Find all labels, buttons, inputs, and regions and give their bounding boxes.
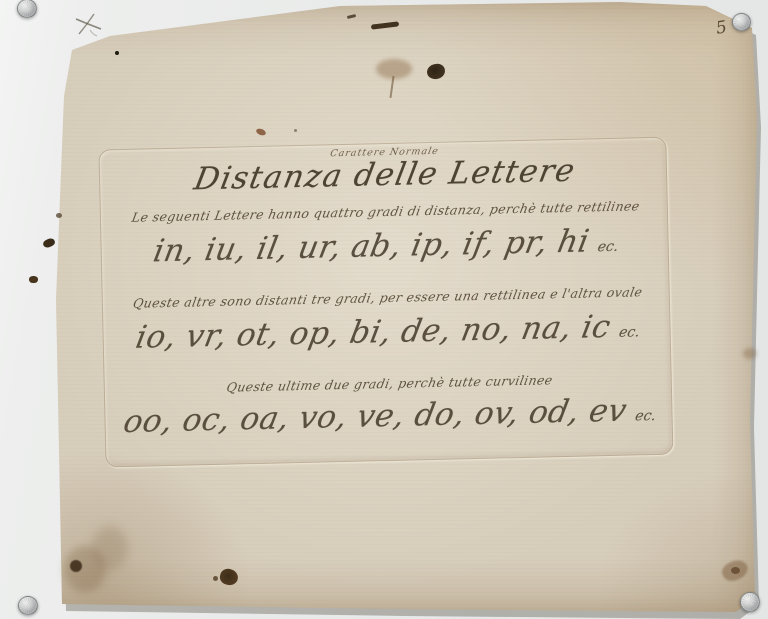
edge-spot: [42, 237, 56, 249]
scan-background: 5 Carattere Normale Distanza delle Lette…: [0, 0, 768, 619]
etcetera-suffix-3: ec.: [634, 408, 658, 425]
push-pin-top-left: [17, 0, 37, 18]
push-pin-bottom-right: [740, 592, 760, 612]
etcetera-suffix-1: ec.: [596, 239, 620, 256]
push-pin-bottom-left: [18, 596, 38, 615]
etcetera-suffix-2: ec.: [618, 324, 642, 341]
engraved-plate: Carattere Normale Distanza delle Lettere…: [96, 134, 679, 479]
push-pin-top-right: [732, 13, 751, 31]
pencil-x-mark: [74, 12, 104, 38]
edge-spot: [29, 276, 38, 283]
